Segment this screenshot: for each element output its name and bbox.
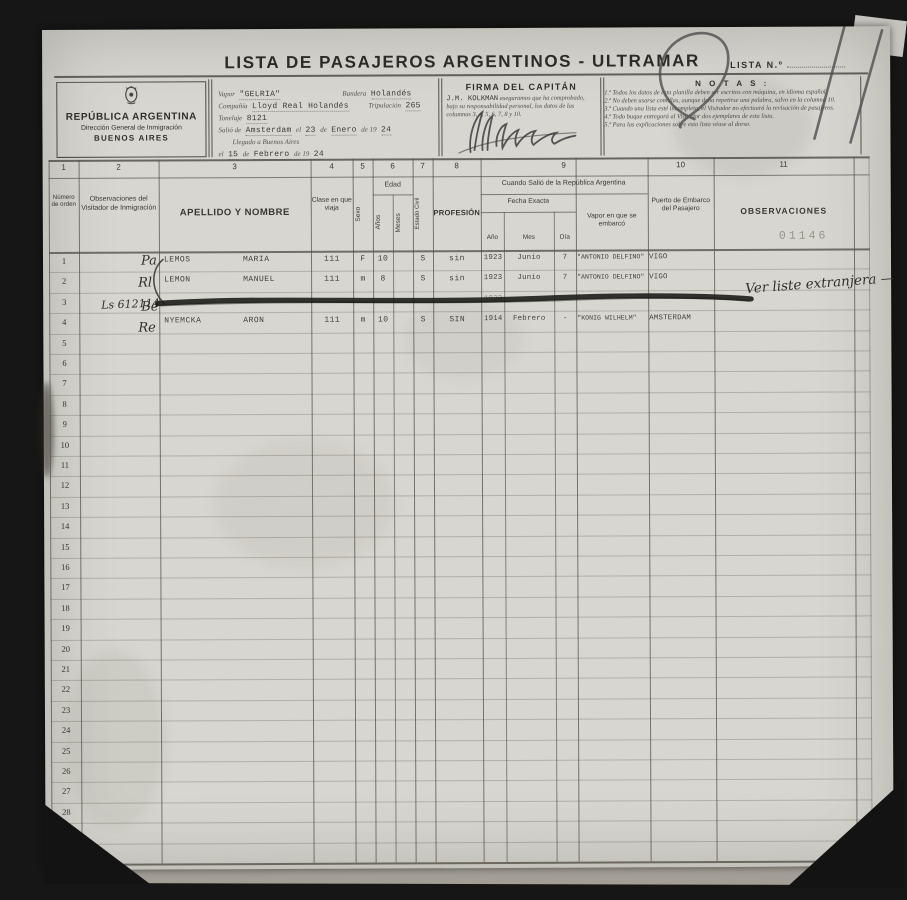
de-label: de: [243, 150, 250, 158]
stamp-number: 01146: [779, 230, 829, 243]
cell-anos: 8: [373, 275, 393, 284]
box-divider: [211, 79, 212, 157]
cell-n: 7: [50, 378, 80, 388]
captain-signature-box: FIRMA DEL CAPITÁN J.M. KOLKMAN aseguramo…: [442, 80, 600, 155]
title-rule: [54, 72, 868, 78]
cell-n: 15: [50, 541, 80, 551]
row-strikethrough: [155, 291, 755, 310]
cell-n: 10: [50, 439, 80, 449]
grid-hline: [481, 212, 576, 213]
cell-n: 3: [49, 297, 79, 307]
cell-sexo: m: [353, 316, 373, 325]
column-number: 1: [49, 163, 79, 172]
margin-mark: Re: [138, 321, 156, 336]
cell-n: 13: [50, 501, 80, 511]
cell-n: 17: [50, 582, 80, 592]
header-observaciones-visitador: Observaciones del Visitador de Inmigraci…: [81, 196, 157, 214]
column-number-strip: 1234567891011: [42, 26, 890, 30]
cell-n: 4: [49, 317, 79, 327]
column-number: 6: [378, 161, 408, 170]
cell-given: MANUEL: [243, 275, 309, 284]
cell-ano: 1923: [481, 254, 505, 262]
table-row: 11: [44, 456, 892, 475]
note-item: 4.ª Todo buque entregará al Visitador do…: [604, 112, 860, 120]
box-divider: [208, 79, 209, 157]
list-number-text: LISTA N.º: [730, 60, 783, 70]
cell-ano: 1914: [481, 315, 505, 323]
table-row: 9: [44, 415, 892, 434]
header-observaciones: OBSERVACIONES: [714, 205, 854, 216]
table-row: 19: [45, 619, 893, 638]
table-row: 15: [44, 538, 892, 557]
cell-n: 14: [50, 521, 80, 531]
cell-n: 9: [50, 419, 80, 429]
cell-vapor: "ANTONIO DELFINO": [577, 274, 650, 281]
cell-n: 1: [49, 256, 79, 266]
de19-label: de 19: [361, 126, 376, 134]
cell-surname: LEMON: [164, 276, 240, 285]
cell-clase: 111: [311, 316, 353, 325]
header-sexo: Sexo: [355, 185, 371, 245]
column-number: 2: [104, 163, 134, 172]
cell-prof: sin: [433, 254, 481, 263]
header-puerto-embarco: Puerto de Embarco del Pasajero: [648, 197, 714, 213]
visitador-handwritten-note: Ls 612114: [101, 296, 160, 311]
header-profesion: PROFESIÓN: [433, 208, 481, 217]
passenger-list-page: LISTA DE PASAJEROS ARGENTINOS - ULTRAMAR…: [42, 26, 894, 870]
table-row: 8: [44, 395, 892, 414]
list-number-label: LISTA N.º: [730, 57, 845, 70]
captain-signature: [448, 106, 588, 155]
cell-n: 5: [49, 337, 79, 347]
de19-label: de 19: [294, 150, 309, 158]
table-row: 20: [45, 640, 893, 659]
header-mes: Mes: [504, 234, 554, 241]
grid-hline: [373, 194, 413, 195]
agency-city: BUENOS AIRES: [57, 133, 205, 143]
box-divider: [438, 78, 439, 156]
cell-clase: 111: [311, 255, 353, 264]
cell-puerto: VIGO: [649, 253, 713, 261]
table-row: 22: [45, 681, 893, 700]
column-number: 10: [666, 160, 696, 169]
cell-prof: sin: [433, 274, 481, 283]
table-row: 21: [45, 660, 893, 679]
ship-info-box: Vapor "GELRIA" Bandera Holandés Compañía…: [214, 80, 436, 155]
cell-n: 12: [50, 480, 80, 490]
cell-sexo: m: [353, 275, 373, 284]
captain-heading: FIRMA DEL CAPITÁN: [442, 82, 600, 93]
page-title: LISTA DE PASAJEROS ARGENTINOS - ULTRAMAR: [192, 51, 732, 73]
table-row: 28: [45, 803, 893, 822]
cell-dia: 7: [554, 274, 576, 282]
header-meses: Meses: [395, 198, 411, 246]
cell-anos: 10: [373, 316, 393, 325]
cell-n: 26: [51, 766, 81, 776]
cell-mes: Junio: [504, 254, 554, 262]
cell-vapor: "KONIG WILHELM": [577, 315, 650, 322]
note-item: 3.ª Cuando una lista esté incompleta, el…: [604, 104, 860, 112]
cell-n: 21: [51, 664, 81, 674]
column-number: 11: [769, 160, 799, 169]
note-item: 5.ª Para las explicaciones sobre esta li…: [604, 120, 860, 128]
notes-heading: N O T A S :: [604, 78, 860, 88]
table-row: 13: [44, 497, 892, 516]
cell-surname: NYEMCKA: [164, 316, 240, 325]
cell-n: 19: [51, 623, 81, 633]
table-grid: [42, 26, 890, 30]
agency-country: REPÚBLICA ARGENTINA: [57, 111, 205, 123]
table-row: 14: [44, 517, 892, 536]
salio-year: 24: [381, 125, 391, 135]
header-anos: Años: [375, 198, 391, 246]
table-row: 17: [44, 579, 892, 598]
note-item: 2.ª No deben usarse comillas, aunque deb…: [604, 96, 860, 104]
table-rows: 1LEMOSMARIA111F10Ssin1923Junio7"ANTONIO …: [42, 26, 890, 30]
header-apellido-nombre: APELLIDO Y NOMBRE: [161, 207, 309, 219]
table-row: 25: [45, 742, 893, 761]
cell-n: 18: [50, 603, 80, 613]
header-edad: Edad: [373, 181, 413, 188]
cell-estado: S: [413, 275, 433, 284]
cell-n: 8: [50, 399, 80, 409]
cell-n: 6: [49, 358, 79, 368]
table-row: 5: [43, 334, 891, 353]
cell-estado: S: [413, 254, 433, 263]
cell-n: 11: [50, 460, 80, 470]
cell-mes: Junio: [504, 274, 554, 282]
column-number: 5: [348, 162, 378, 171]
table-row: 30: [46, 844, 894, 863]
cell-n: 16: [50, 562, 80, 572]
table-row: 24: [45, 721, 893, 740]
list-number-blank: [787, 57, 845, 67]
salio-day: 23: [306, 126, 316, 136]
scanned-document-photo: { "page": { "title": "LISTA DE PASAJEROS…: [0, 0, 907, 900]
cell-given: ARON: [243, 316, 309, 325]
cell-n: 25: [51, 745, 81, 755]
table-row: 6: [43, 354, 891, 373]
de-label: de: [320, 126, 327, 134]
agency-department: Dirección General de Inmigración: [57, 124, 205, 132]
cell-n: 22: [51, 684, 81, 694]
header-cuando-salio: Cuando Salió de la República Argentina: [483, 179, 645, 187]
cell-puerto: AMSTERDAM: [649, 314, 713, 322]
table-row: 27: [45, 783, 893, 802]
cell-sexo: F: [353, 255, 373, 264]
argentina-coat-of-arms-icon: [123, 86, 139, 106]
note-item: 1.ª Todos los datos de esta planilla deb…: [604, 88, 860, 96]
grid-hline: [481, 193, 648, 195]
table-row: 16: [44, 558, 892, 577]
table-row: 10: [44, 436, 892, 455]
cell-ano: 1923: [481, 274, 505, 282]
cell-n: 20: [51, 643, 81, 653]
table-row: 7: [44, 375, 892, 394]
cell-n: 23: [51, 705, 81, 715]
cell-n: 24: [51, 725, 81, 735]
table-row: 12: [44, 477, 892, 496]
header-clase: Clase en que viaja: [309, 197, 355, 213]
header-vapor-embarco: Vapor en que se embarcó: [576, 212, 648, 228]
cell-prof: SIN: [433, 315, 481, 324]
cell-estado: S: [413, 315, 433, 324]
table-row: 26: [45, 762, 893, 781]
cell-clase: 111: [311, 275, 353, 284]
cell-puerto: VIGO: [649, 273, 713, 281]
column-number: 7: [408, 161, 438, 170]
cell-anos: 10: [373, 254, 393, 263]
cell-given: MARIA: [243, 255, 309, 264]
header-fecha-exacta: Fecha Exacta: [483, 198, 574, 205]
header-numero: Número de orden: [49, 194, 79, 209]
table-row: 1LEMOSMARIA111F10Ssin1923Junio7"ANTONIO …: [43, 252, 891, 271]
salio-month: Enero: [331, 126, 357, 136]
tripulacion-value: 265: [405, 101, 420, 111]
header-ano: Año: [481, 234, 504, 241]
table-row: 29: [45, 823, 893, 842]
cell-n: 27: [51, 786, 81, 796]
column-number: 9: [549, 161, 579, 170]
grid-hline: [49, 174, 870, 179]
cell-vapor: "ANTONIO DELFINO": [577, 253, 650, 260]
column-number: 8: [442, 161, 472, 170]
table-row: 4NYEMCKAARON111m10SSIN1914Febrero-"KONIG…: [43, 313, 891, 332]
el-label: el: [219, 150, 224, 158]
cell-mes: Febrero: [504, 315, 554, 323]
column-number: 4: [317, 162, 347, 171]
cell-dia: 7: [554, 254, 576, 262]
column-number: 3: [220, 162, 250, 171]
table-row: 23: [45, 701, 893, 720]
document-photo: LISTA DE PASAJEROS ARGENTINOS - ULTRAMAR…: [0, 0, 907, 900]
captain-name: J.M. KOLKMAN: [446, 95, 498, 103]
cell-surname: LEMOS: [164, 255, 240, 264]
cell-dia: -: [554, 315, 576, 323]
notes-box: N O T A S : 1.ª Todos los datos de esta …: [604, 78, 860, 153]
tripulacion-label: Tripulación: [368, 101, 401, 109]
agency-box: REPÚBLICA ARGENTINA Dirección General de…: [56, 81, 206, 158]
header-estado-civil: Estado Civil: [415, 180, 431, 246]
table-row: 18: [44, 599, 892, 618]
header-dia: Día: [554, 234, 576, 241]
cell-n: 2: [49, 276, 79, 286]
